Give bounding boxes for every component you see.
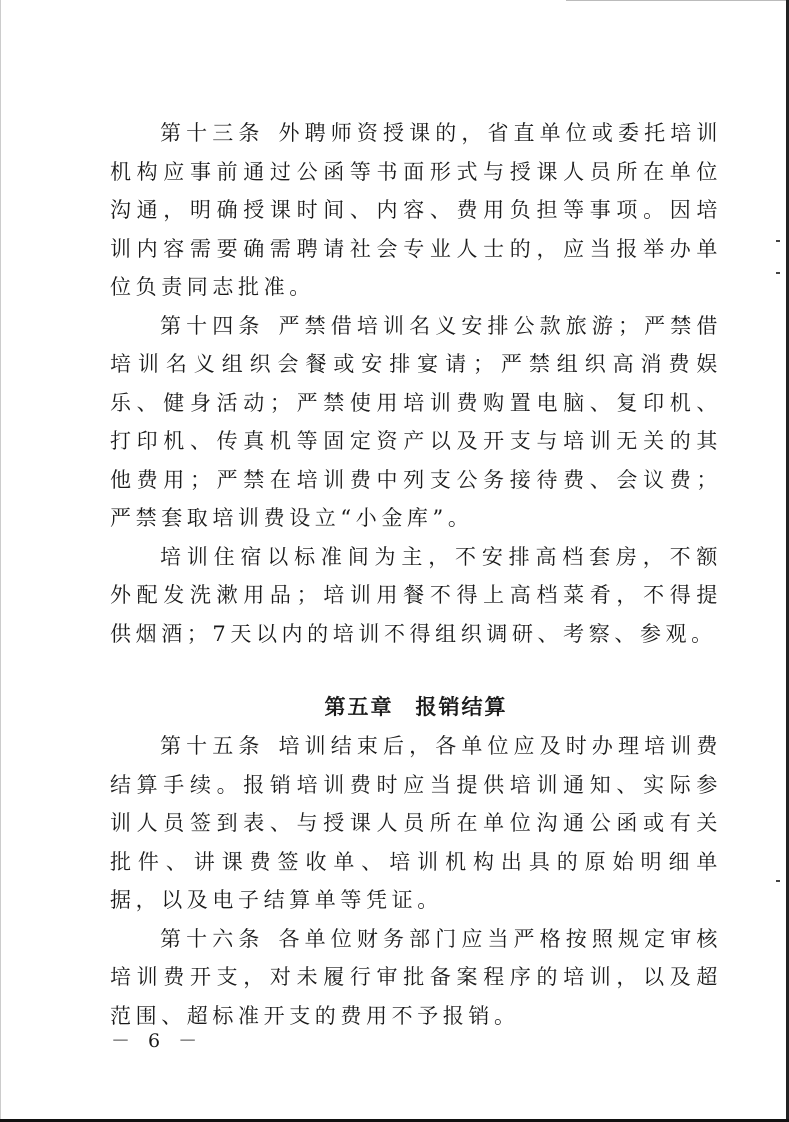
article-label: 第十六条 <box>160 927 264 951</box>
lodging-paragraph: 培训住宿以标准间为主，不安排高档套房，不额外配发洗漱用品；培训用餐不得上高档菜肴… <box>110 538 722 654</box>
paragraph-text: 培训住宿以标准间为主，不安排高档套房，不额外配发洗漱用品；培训用餐不得上高档菜肴… <box>110 545 722 646</box>
article-text: 培训结束后，各单位应及时办理培训费结算手续。报销培训费时应当提供培训通知、实际参… <box>110 734 722 912</box>
article-label: 第十五条 <box>160 734 264 758</box>
scan-speck <box>776 272 780 274</box>
chapter-title: 报销结算 <box>416 695 508 719</box>
article-16: 第十六条各单位财务部门应当严格按照规定审核培训费开支，对未履行审批备案程序的培训… <box>110 920 722 1036</box>
scan-speck <box>776 880 780 882</box>
article-label: 第十四条 <box>160 314 264 338</box>
article-15: 第十五条培训结束后，各单位应及时办理培训费结算手续。报销培训费时应当提供培训通知… <box>110 727 722 920</box>
chapter-heading: 第五章报销结算 <box>110 687 722 727</box>
article-13: 第十三条外聘师资授课的，省直单位或委托培训机构应事前通过公函等书面形式与授课人员… <box>110 114 722 307</box>
scan-speck <box>776 240 780 242</box>
scan-edge-left <box>0 0 1 1122</box>
article-label: 第十三条 <box>160 121 264 145</box>
document-page: 第十三条外聘师资授课的，省直单位或委托培训机构应事前通过公函等书面形式与授课人员… <box>0 0 789 1122</box>
body-text: 第十三条外聘师资授课的，省直单位或委托培训机构应事前通过公函等书面形式与授课人员… <box>110 114 722 1035</box>
chapter-number: 第五章 <box>325 695 394 719</box>
article-text: 严禁借培训名义安排公款旅游；严禁借培训名义组织会餐或安排宴请；严禁组织高消费娱乐… <box>110 314 722 531</box>
page-number: － 6 － <box>111 1026 203 1053</box>
article-text: 外聘师资授课的，省直单位或委托培训机构应事前通过公函等书面形式与授课人员所在单位… <box>110 121 722 299</box>
article-14: 第十四条严禁借培训名义安排公款旅游；严禁借培训名义组织会餐或安排宴请；严禁组织高… <box>110 307 722 538</box>
scan-edge-top <box>566 0 786 1</box>
